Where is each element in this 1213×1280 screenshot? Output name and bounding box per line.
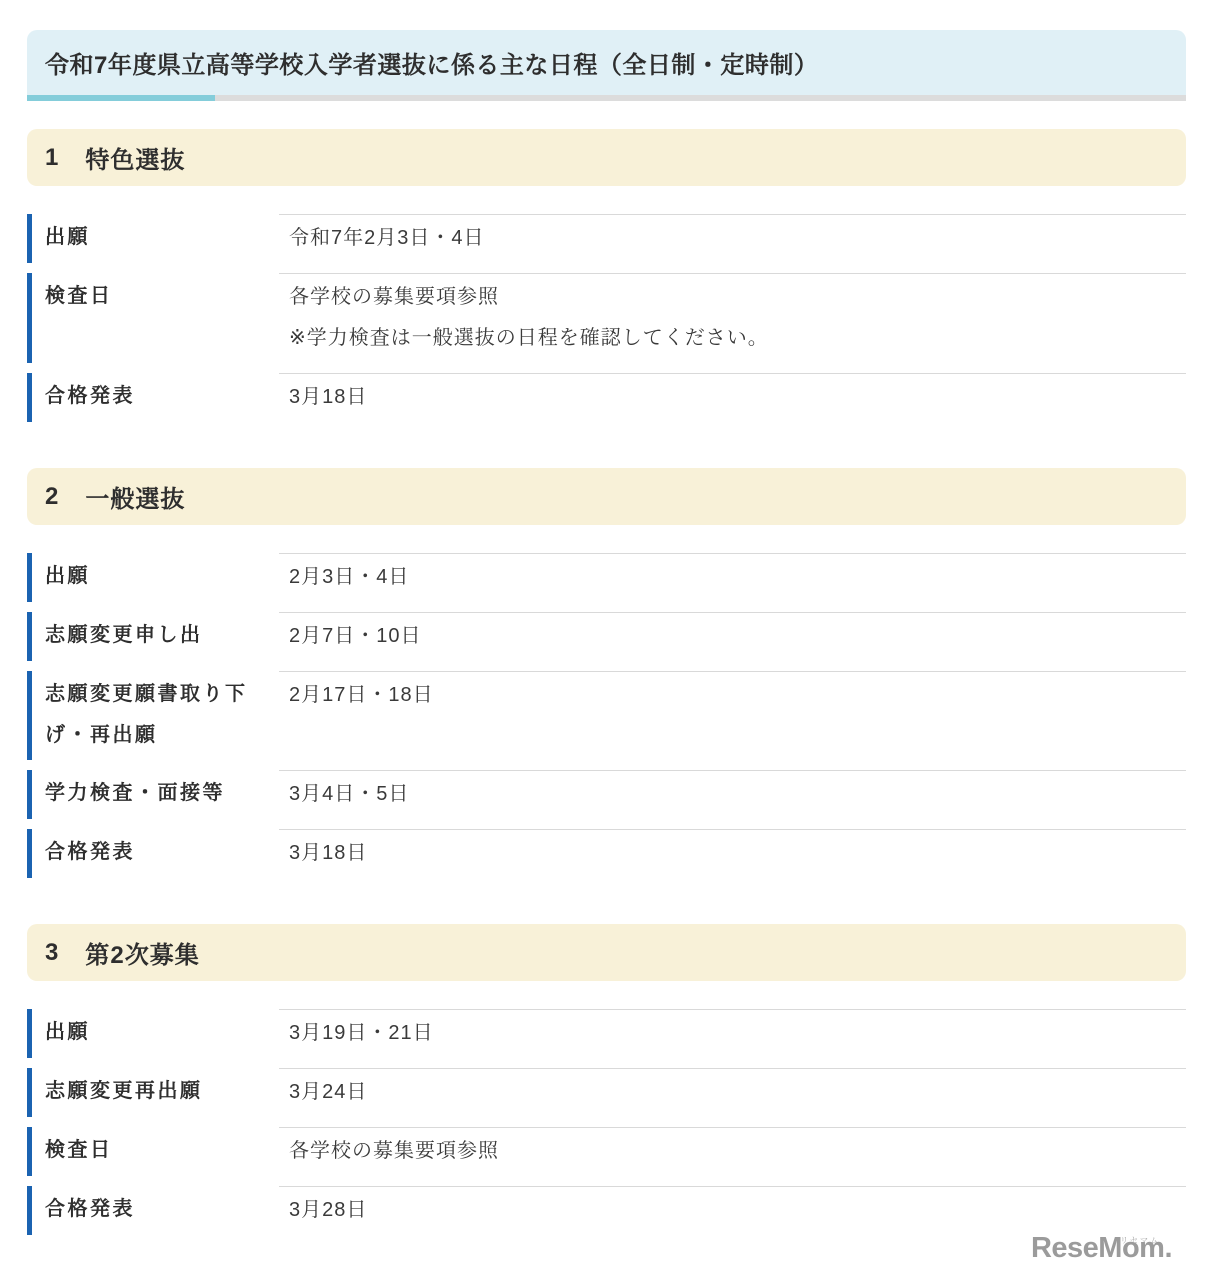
section-number: 2: [45, 483, 58, 511]
row-value: 3月28日: [279, 1186, 1186, 1235]
table-row: 学力検査・面接等 3月4日・5日: [27, 770, 1186, 819]
row-value: 3月18日: [279, 373, 1186, 422]
section-title: 特色選抜: [85, 140, 185, 175]
row-label: 学力検査・面接等: [27, 770, 279, 819]
row-value-note: ※学力検査は一般選抜の日程を確認してください。: [289, 318, 1186, 359]
resemom-logo-ruby: リセマム: [1120, 1226, 1160, 1256]
table-row: 出願 令和7年2月3日・4日: [27, 214, 1186, 263]
section-ippan-senbatsu: 2 一般選抜 出願 2月3日・4日 志願変更申し出 2月7日・10日 志願変更願…: [27, 468, 1186, 878]
table-row: 出願 2月3日・4日: [27, 553, 1186, 602]
row-value: 各学校の募集要項参照: [279, 1127, 1186, 1176]
section-3-table: 出願 3月19日・21日 志願変更再出願 3月24日 検査日 各学校の募集要項参…: [27, 1009, 1186, 1235]
table-row: 検査日 各学校の募集要項参照 ※学力検査は一般選抜の日程を確認してください。: [27, 273, 1186, 363]
row-value: 各学校の募集要項参照 ※学力検査は一般選抜の日程を確認してください。: [279, 273, 1186, 363]
row-label: 出願: [27, 1009, 279, 1058]
row-label: 出願: [27, 214, 279, 263]
row-value: 3月19日・21日: [279, 1009, 1186, 1058]
table-row: 志願変更申し出 2月7日・10日: [27, 612, 1186, 661]
table-row: 出願 3月19日・21日: [27, 1009, 1186, 1058]
row-label: 合格発表: [27, 1186, 279, 1235]
progress-fill: [27, 95, 215, 101]
row-value: 2月17日・18日: [279, 671, 1186, 760]
section-1-heading: 1 特色選抜: [27, 129, 1186, 186]
row-value: 3月24日: [279, 1068, 1186, 1117]
resemom-logo: リセマム ReseMom.: [1031, 1233, 1172, 1263]
section-number: 1: [45, 144, 58, 172]
page-container: 令和7年度県立高等学校入学者選抜に係る主な日程（全日制・定時制） 1 特色選抜 …: [27, 30, 1186, 1263]
section-3-heading: 3 第2次募集: [27, 924, 1186, 981]
section-2-heading: 2 一般選抜: [27, 468, 1186, 525]
row-value: 2月3日・4日: [279, 553, 1186, 602]
row-label: 検査日: [27, 1127, 279, 1176]
row-label: 合格発表: [27, 373, 279, 422]
title-banner: 令和7年度県立高等学校入学者選抜に係る主な日程（全日制・定時制）: [27, 30, 1186, 95]
table-row: 合格発表 3月18日: [27, 829, 1186, 878]
section-title: 第2次募集: [85, 935, 199, 970]
row-value: 令和7年2月3日・4日: [279, 214, 1186, 263]
row-value: 3月18日: [279, 829, 1186, 878]
row-label: 志願変更再出願: [27, 1068, 279, 1117]
row-label: 出願: [27, 553, 279, 602]
table-row: 合格発表 3月28日: [27, 1186, 1186, 1235]
page-title: 令和7年度県立高等学校入学者選抜に係る主な日程（全日制・定時制）: [45, 45, 818, 80]
table-row: 志願変更再出願 3月24日: [27, 1068, 1186, 1117]
row-label: 志願変更願書取り下げ・再出願: [27, 671, 279, 760]
footer: リセマム ReseMom.: [27, 1233, 1172, 1263]
table-row: 合格発表 3月18日: [27, 373, 1186, 422]
section-2-table: 出願 2月3日・4日 志願変更申し出 2月7日・10日 志願変更願書取り下げ・再…: [27, 553, 1186, 878]
section-title: 一般選抜: [85, 479, 185, 514]
section-dai2ji-boshu: 3 第2次募集 出願 3月19日・21日 志願変更再出願 3月24日 検査日 各…: [27, 924, 1186, 1235]
section-tokushoku-senbatsu: 1 特色選抜 出願 令和7年2月3日・4日 検査日 各学校の募集要項参照 ※学力…: [27, 129, 1186, 422]
section-number: 3: [45, 939, 58, 967]
row-value: 2月7日・10日: [279, 612, 1186, 661]
progress-track: [215, 95, 1186, 101]
row-value: 3月4日・5日: [279, 770, 1186, 819]
table-row: 志願変更願書取り下げ・再出願 2月17日・18日: [27, 671, 1186, 760]
progress-bar: [27, 95, 1186, 101]
section-1-table: 出願 令和7年2月3日・4日 検査日 各学校の募集要項参照 ※学力検査は一般選抜…: [27, 214, 1186, 422]
row-label: 合格発表: [27, 829, 279, 878]
row-label: 検査日: [27, 273, 279, 363]
row-label: 志願変更申し出: [27, 612, 279, 661]
table-row: 検査日 各学校の募集要項参照: [27, 1127, 1186, 1176]
